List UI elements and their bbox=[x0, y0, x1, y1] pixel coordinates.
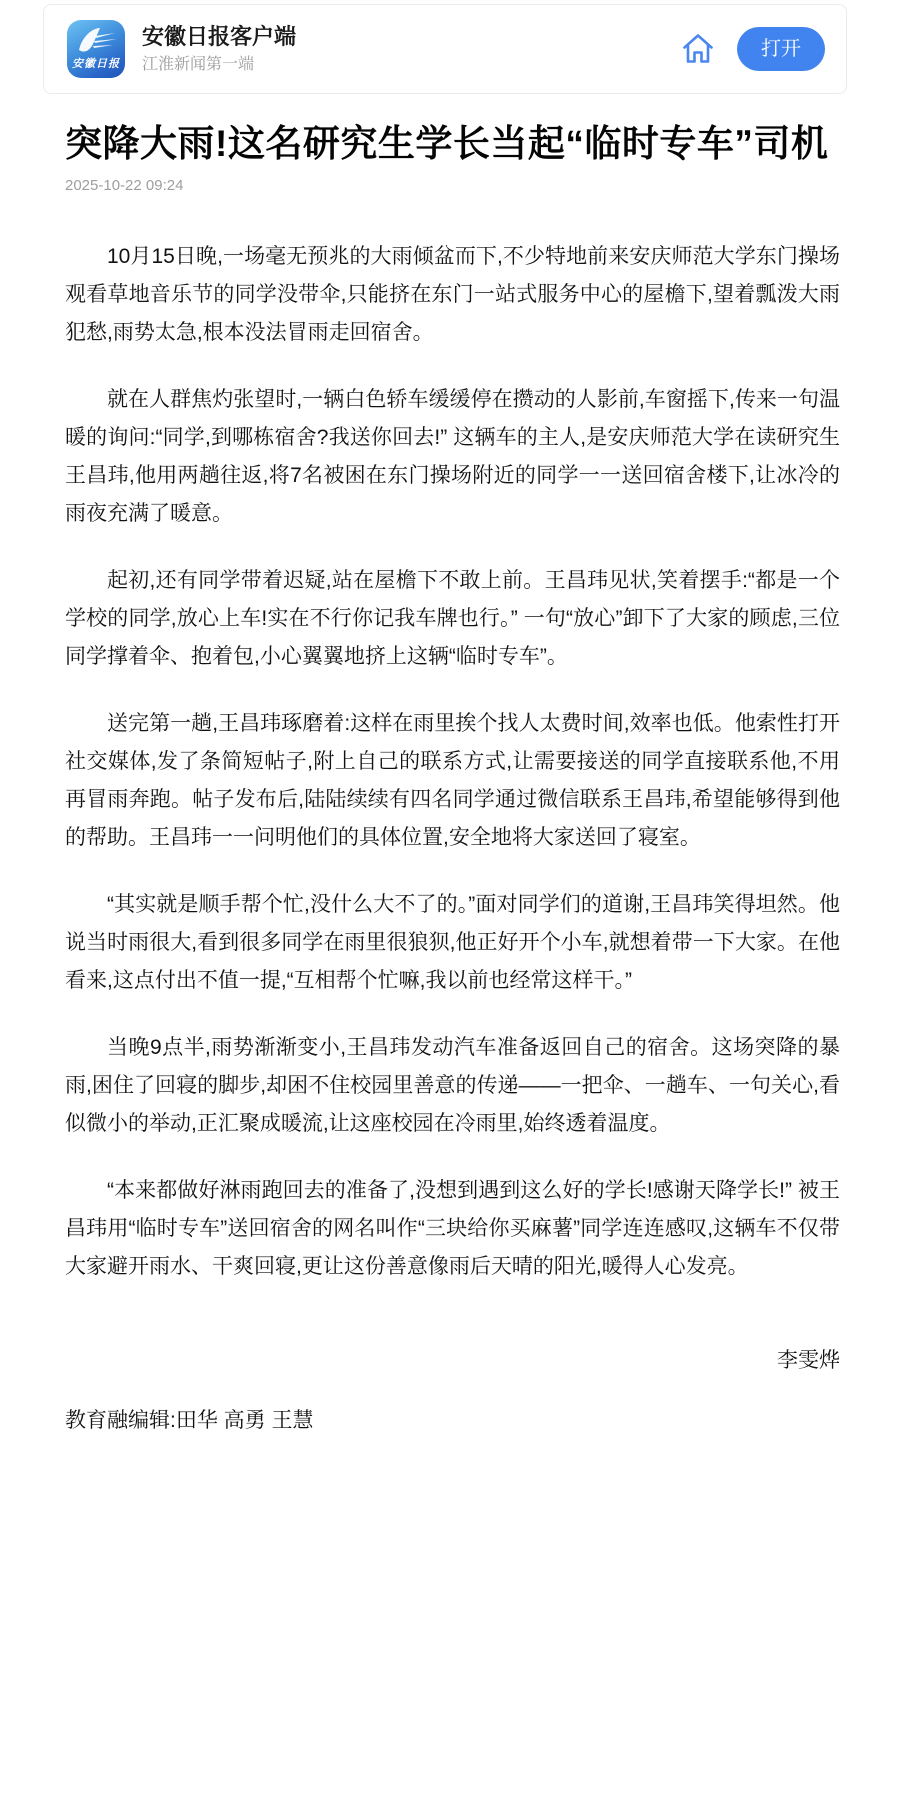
article-date: 2025-10-22 09:24 bbox=[65, 176, 840, 196]
article-paragraph: “本来都做好淋雨跑回去的准备了,没想到遇到这么好的学长!感谢天降学长!” 被王昌… bbox=[65, 1172, 840, 1286]
article-paragraph: 送完第一趟,王昌玮琢磨着:这样在雨里挨个找人太费时间,效率也低。他索性打开社交媒… bbox=[65, 705, 840, 857]
article: 突降大雨!这名研究生学长当起“临时专车”司机 2025-10-22 09:24 … bbox=[0, 117, 902, 1454]
app-subtitle: 江淮新闻第一端 bbox=[142, 54, 679, 76]
article-paragraph: 起初,还有同学带着迟疑,站在屋檐下不敢上前。王昌玮见状,笑着摆手:“都是一个学校… bbox=[65, 562, 840, 676]
article-paragraph: 当晚9点半,雨势渐渐变小,王昌玮发动汽车准备返回自己的宿舍。这场突降的暴雨,困住… bbox=[65, 1029, 840, 1143]
article-paragraph: “其实就是顺手帮个忙,没什么大不了的。”面对同学们的道谢,王昌玮笑得坦然。他说当… bbox=[65, 886, 840, 1000]
home-icon bbox=[680, 31, 716, 67]
app-name: 安徽日报客户端 bbox=[142, 23, 679, 51]
article-title: 突降大雨!这名研究生学长当起“临时专车”司机 bbox=[65, 117, 840, 171]
app-logo-text: 安徽日报 bbox=[67, 55, 125, 71]
article-body: 10月15日晚,一场毫无预兆的大雨倾盆而下,不少特地前来安庆师范大学东门操场观看… bbox=[65, 238, 840, 1286]
open-app-button[interactable]: 打开 bbox=[737, 27, 825, 71]
article-editor-line: 教育融编辑:田华 高勇 王慧 bbox=[65, 1402, 840, 1440]
article-author: 李雯烨 bbox=[65, 1342, 840, 1380]
app-banner: 安徽日报 安徽日报客户端 江淮新闻第一端 打开 bbox=[43, 4, 847, 94]
app-logo-icon: 安徽日报 bbox=[67, 20, 125, 78]
app-titles: 安徽日报客户端 江淮新闻第一端 bbox=[142, 23, 679, 76]
article-paragraph: 就在人群焦灼张望时,一辆白色轿车缓缓停在攒动的人影前,车窗摇下,传来一句温暖的询… bbox=[65, 381, 840, 533]
home-button[interactable] bbox=[679, 30, 717, 68]
article-paragraph: 10月15日晚,一场毫无预兆的大雨倾盆而下,不少特地前来安庆师范大学东门操场观看… bbox=[65, 238, 840, 352]
